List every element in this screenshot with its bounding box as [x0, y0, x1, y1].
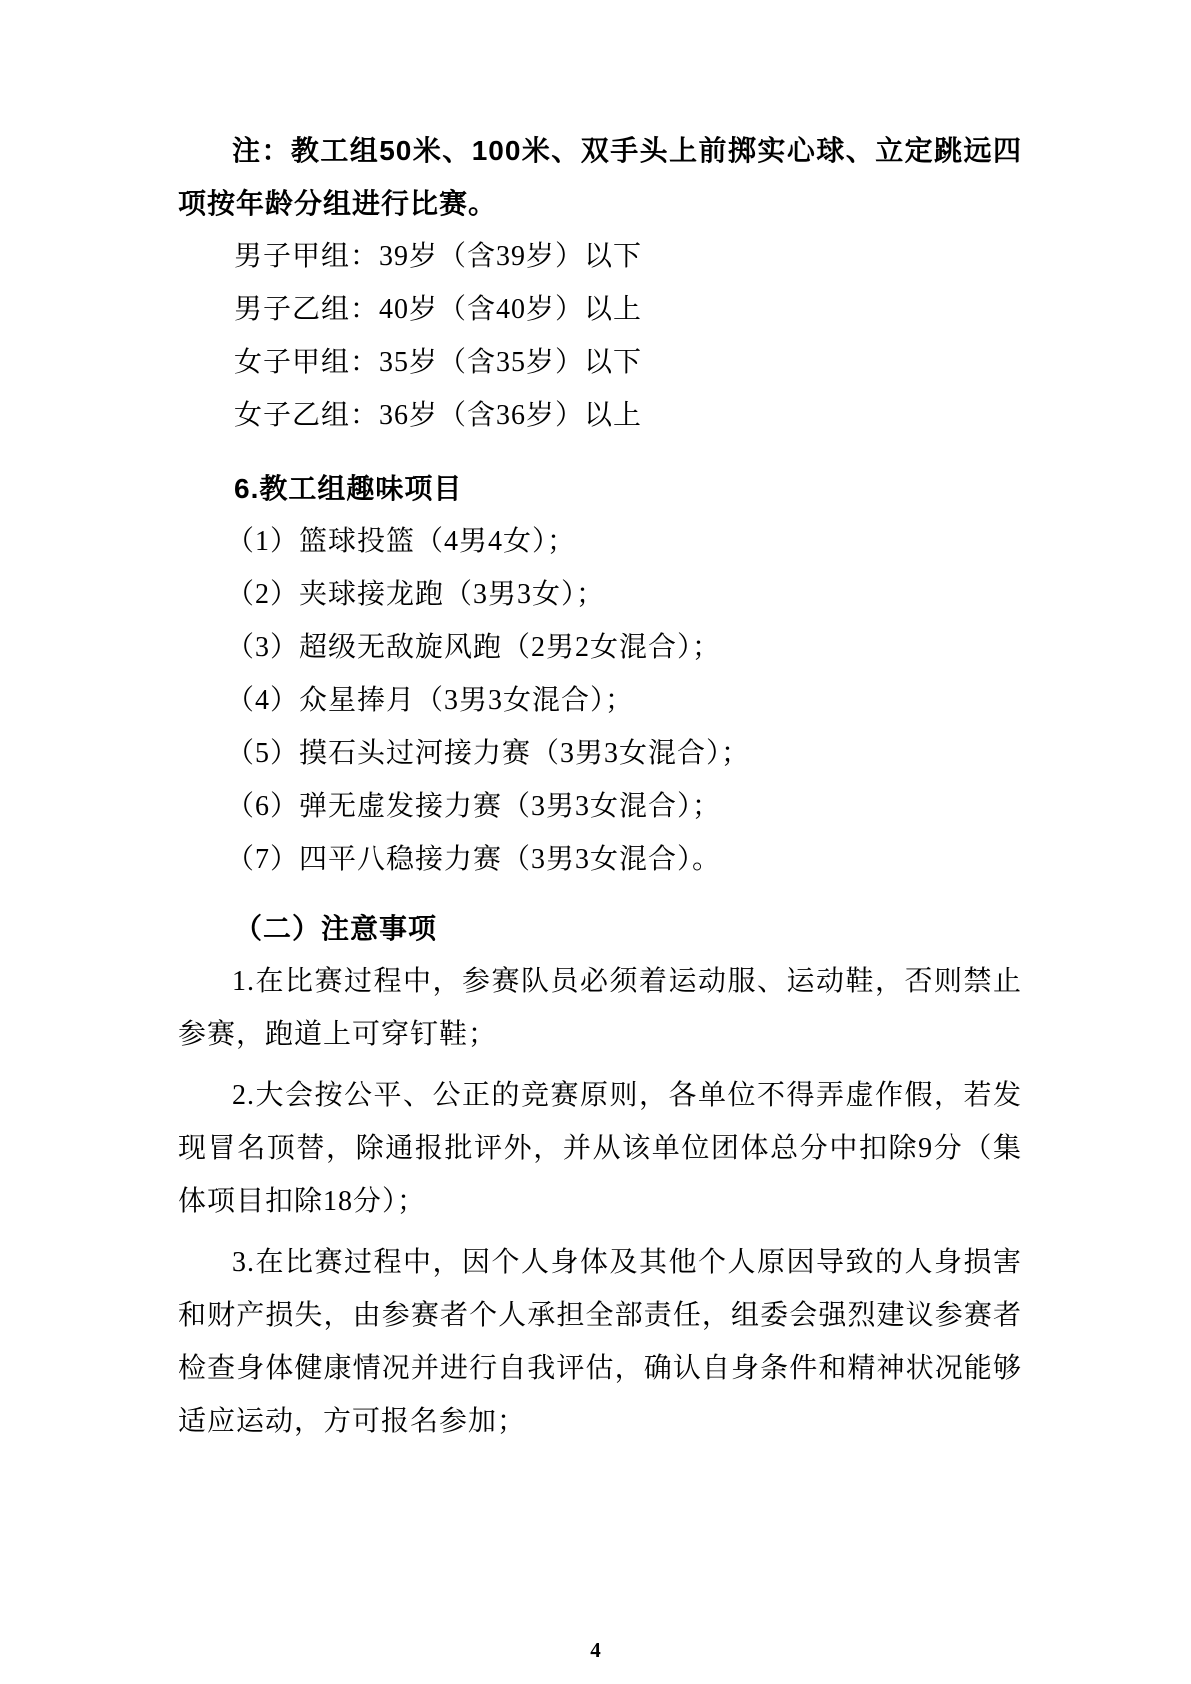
section6-item-4: （4）众星捧月（3男3女混合）； — [178, 674, 1022, 727]
group-line-men-b: 男子乙组：40岁（含40岁）以上 — [178, 283, 1022, 336]
notes-paragraph-3: 3.在比赛过程中，因个人身体及其他个人原因导致的人身损害和财产损失，由参赛者个人… — [178, 1236, 1022, 1448]
group-line-women-b: 女子乙组：36岁（含36岁）以上 — [178, 389, 1022, 442]
section6-item-3: （3）超级无敌旋风跑（2男2女混合）； — [178, 621, 1022, 674]
document-content: 注：教工组50米、100米、双手头上前掷实心球、立定跳远四项按年龄分组进行比赛。… — [178, 124, 1022, 1448]
document-body: { "page": { "number": "4" }, "content": … — [0, 0, 1191, 1684]
note-paragraph: 注：教工组50米、100米、双手头上前掷实心球、立定跳远四项按年龄分组进行比赛。 — [178, 124, 1022, 230]
section6-item-1: （1）篮球投篮（4男4女）； — [178, 515, 1022, 568]
notes-paragraph-1: 1.在比赛过程中，参赛队员必须着运动服、运动鞋，否则禁止参赛，跑道上可穿钉鞋； — [178, 955, 1022, 1061]
notes-heading: （二）注意事项 — [178, 902, 1022, 955]
group-line-men-a: 男子甲组：39岁（含39岁）以下 — [178, 230, 1022, 283]
section6-heading: 6.教工组趣味项目 — [178, 462, 1022, 515]
section6-item-5: （5）摸石头过河接力赛（3男3女混合）； — [178, 727, 1022, 780]
document-page: 注：教工组50米、100米、双手头上前掷实心球、立定跳远四项按年龄分组进行比赛。… — [0, 0, 1191, 1684]
notes-paragraph-2: 2.大会按公平、公正的竞赛原则，各单位不得弄虚作假，若发现冒名顶替，除通报批评外… — [178, 1069, 1022, 1228]
section6-item-7: （7）四平八稳接力赛（3男3女混合）。 — [178, 833, 1022, 886]
section6-item-6: （6）弹无虚发接力赛（3男3女混合）； — [178, 780, 1022, 833]
group-line-women-a: 女子甲组：35岁（含35岁）以下 — [178, 336, 1022, 389]
page-number: 4 — [0, 1638, 1191, 1663]
section6-item-2: （2）夹球接龙跑（3男3女）； — [178, 568, 1022, 621]
